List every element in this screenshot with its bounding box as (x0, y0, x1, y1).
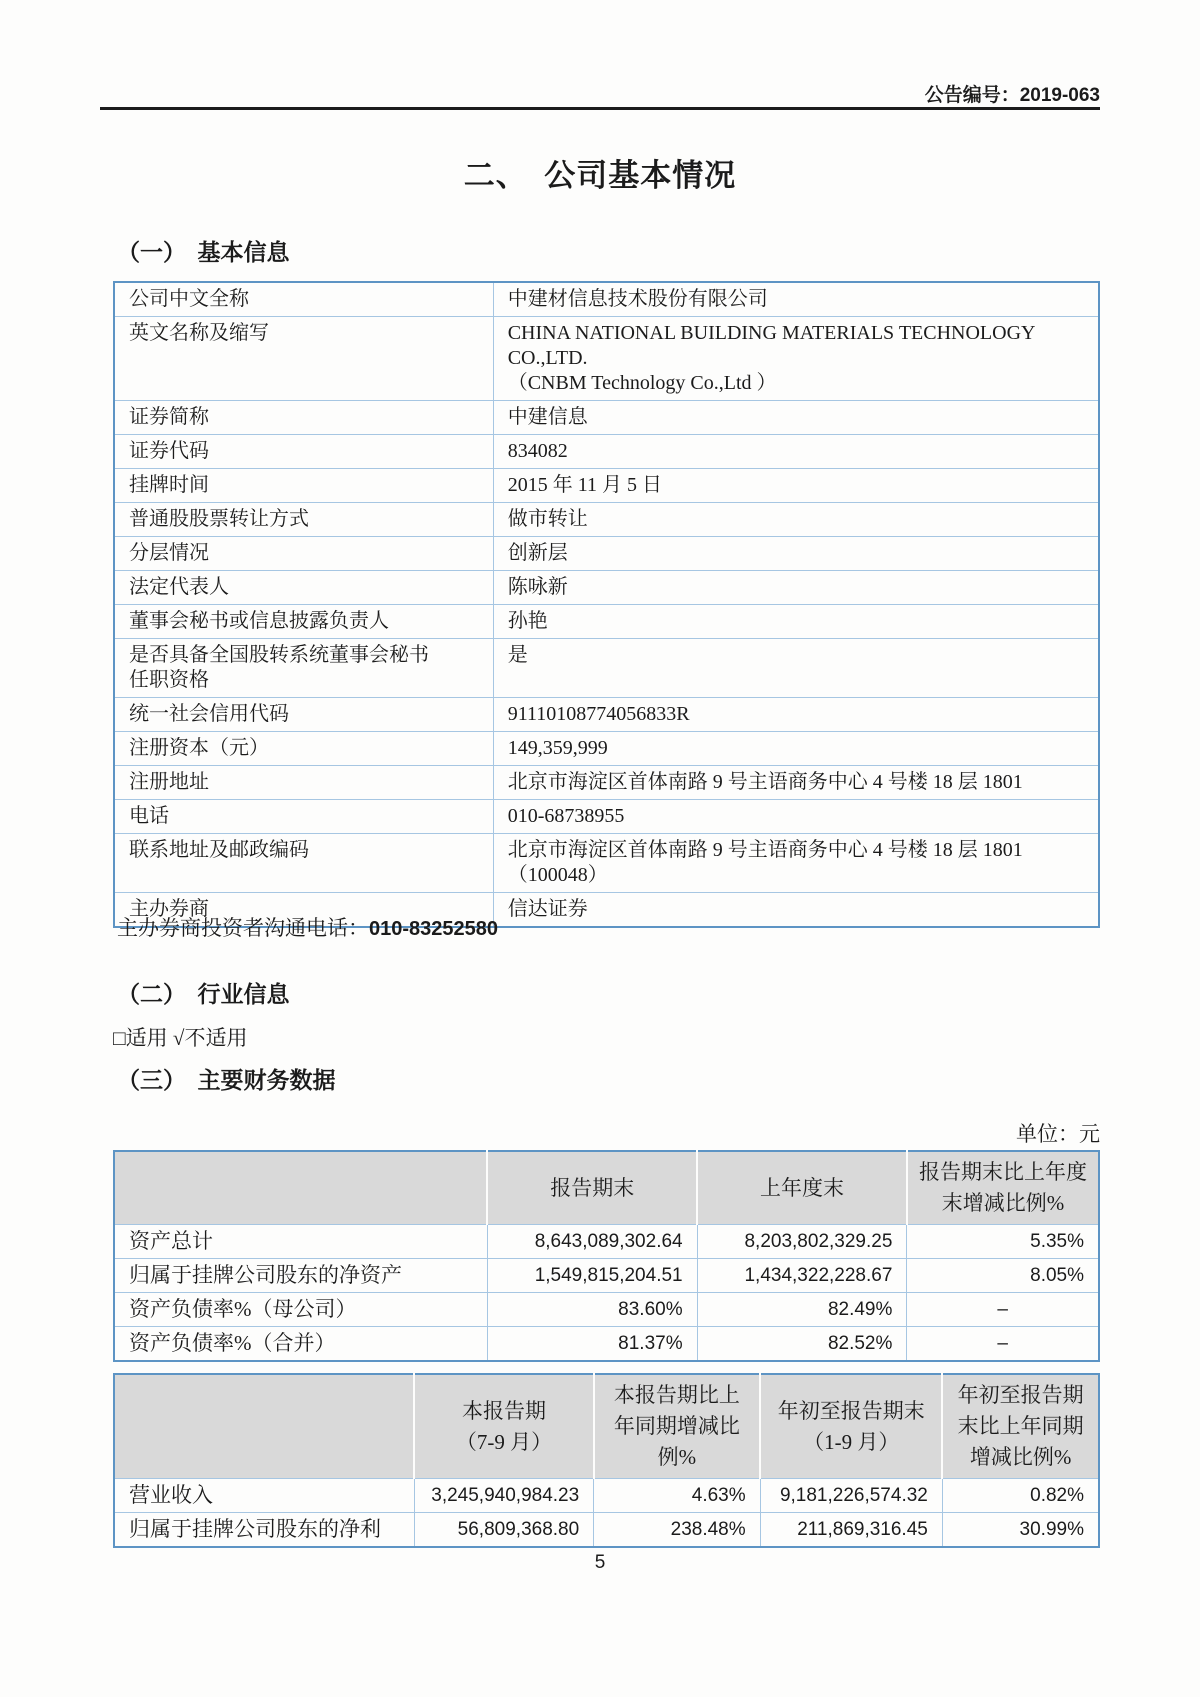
value-cell: 1,549,815,204.51 (487, 1259, 697, 1293)
applicability-note: □适用 √不适用 (113, 1022, 247, 1052)
row-label-cell: 法定代表人 (114, 571, 493, 605)
table-row: 注册资本（元）149,359,999 (114, 732, 1099, 766)
table-row: 资产负债率%（合并）81.37%82.52%– (114, 1327, 1099, 1362)
page-number: 5 (0, 1552, 1200, 1574)
financial-table-period-end: 报告期末上年度末报告期末比上年度 末增减比例%资产总计8,643,089,302… (113, 1150, 1100, 1362)
row-label-cell: 资产负债率%（母公司） (114, 1293, 487, 1327)
value-cell: 30.99% (942, 1513, 1099, 1548)
value-cell: 211,869,316.45 (760, 1513, 942, 1548)
column-header: 本报告期 （7-9 月） (414, 1374, 593, 1479)
document-page: 公告编号：2019-063 二、 公司基本情况 （一） 基本信息 公司中文全称中… (0, 0, 1200, 1697)
table-row: 是否具备全国股转系统董事会秘书 任职资格是 (114, 639, 1099, 698)
announcement-number-value: 2019-063 (1020, 85, 1100, 106)
table-row: 证券简称中建信息 (114, 401, 1099, 435)
value-cell: 中建信息 (493, 401, 1099, 435)
row-label-cell: 公司中文全称 (114, 282, 493, 317)
row-label-cell: 注册资本（元） (114, 732, 493, 766)
value-cell: 8.05% (907, 1259, 1099, 1293)
table-row: 分层情况创新层 (114, 537, 1099, 571)
value-cell: 834082 (493, 435, 1099, 469)
value-cell: 149,359,999 (493, 732, 1099, 766)
row-label-cell: 电话 (114, 800, 493, 834)
row-label-cell: 资产负债率%（合并） (114, 1327, 487, 1362)
basic-info-table: 公司中文全称中建材信息技术股份有限公司英文名称及缩写CHINA NATIONAL… (113, 281, 1100, 928)
broker-phone-number: 010-83252580 (369, 918, 498, 940)
table-row: 归属于挂牌公司股东的净资产1,549,815,204.511,434,322,2… (114, 1259, 1099, 1293)
row-label-cell: 资产总计 (114, 1225, 487, 1259)
broker-phone-label: 主办券商投资者沟通电话： (117, 916, 369, 940)
value-cell: 做市转让 (493, 503, 1099, 537)
value-cell: 8,643,089,302.64 (487, 1225, 697, 1259)
table-row: 统一社会信用代码91110108774056833R (114, 698, 1099, 732)
value-cell: 3,245,940,984.23 (414, 1479, 593, 1513)
row-label-cell: 统一社会信用代码 (114, 698, 493, 732)
row-label-cell: 归属于挂牌公司股东的净利 (114, 1513, 414, 1548)
value-cell: 是 (493, 639, 1099, 698)
table-row: 注册地址北京市海淀区首体南路 9 号主语商务中心 4 号楼 18 层 1801 (114, 766, 1099, 800)
value-cell: 91110108774056833R (493, 698, 1099, 732)
column-header: 报告期末 (487, 1151, 697, 1225)
value-cell: 82.52% (697, 1327, 907, 1362)
table-row: 普通股股票转让方式做市转让 (114, 503, 1099, 537)
section-heading-financial: （三） 主要财务数据 (117, 1062, 336, 1095)
value-cell: 中建材信息技术股份有限公司 (493, 282, 1099, 317)
row-label-cell: 是否具备全国股转系统董事会秘书 任职资格 (114, 639, 493, 698)
column-header: 上年度末 (697, 1151, 907, 1225)
value-cell: 北京市海淀区首体南路 9 号主语商务中心 4 号楼 18 层 1801 （100… (493, 834, 1099, 893)
row-label-cell: 注册地址 (114, 766, 493, 800)
header-rule (100, 107, 1100, 110)
value-cell: 9,181,226,574.32 (760, 1479, 942, 1513)
table-row: 董事会秘书或信息披露负责人孙艳 (114, 605, 1099, 639)
value-cell: 81.37% (487, 1327, 697, 1362)
table-row: 证券代码834082 (114, 435, 1099, 469)
table-row: 资产总计8,643,089,302.648,203,802,329.255.35… (114, 1225, 1099, 1259)
column-header: 年初至报告期末 （1-9 月） (760, 1374, 942, 1479)
value-cell: 陈咏新 (493, 571, 1099, 605)
value-cell: 孙艳 (493, 605, 1099, 639)
section-heading-industry: （二） 行业信息 (117, 976, 290, 1009)
table-row: 法定代表人陈咏新 (114, 571, 1099, 605)
value-cell: 56,809,368.80 (414, 1513, 593, 1548)
row-label-cell: 英文名称及缩写 (114, 317, 493, 401)
table-row: 电话010-68738955 (114, 800, 1099, 834)
value-cell: 0.82% (942, 1479, 1099, 1513)
column-header: 本报告期比上 年同期增减比 例% (594, 1374, 760, 1479)
row-label-cell: 分层情况 (114, 537, 493, 571)
row-label-cell: 归属于挂牌公司股东的净资产 (114, 1259, 487, 1293)
table-row: 公司中文全称中建材信息技术股份有限公司 (114, 282, 1099, 317)
section-heading-basic-info: （一） 基本信息 (117, 234, 290, 267)
value-cell: – (907, 1293, 1099, 1327)
column-header (114, 1374, 414, 1479)
value-cell: CHINA NATIONAL BUILDING MATERIALS TECHNO… (493, 317, 1099, 401)
value-cell: 82.49% (697, 1293, 907, 1327)
value-cell: 2015 年 11 月 5 日 (493, 469, 1099, 503)
column-header (114, 1151, 487, 1225)
row-label-cell: 董事会秘书或信息披露负责人 (114, 605, 493, 639)
value-cell: 83.60% (487, 1293, 697, 1327)
financial-table-reporting-period: 本报告期 （7-9 月）本报告期比上 年同期增减比 例%年初至报告期末 （1-9… (113, 1373, 1100, 1548)
value-cell: 4.63% (594, 1479, 760, 1513)
value-cell: 8,203,802,329.25 (697, 1225, 907, 1259)
announcement-number-label: 公告编号： (925, 85, 1020, 106)
row-label-cell: 证券简称 (114, 401, 493, 435)
table-row: 挂牌时间2015 年 11 月 5 日 (114, 469, 1099, 503)
value-cell: – (907, 1327, 1099, 1362)
value-cell: 北京市海淀区首体南路 9 号主语商务中心 4 号楼 18 层 1801 (493, 766, 1099, 800)
page-title: 二、 公司基本情况 (0, 150, 1200, 195)
row-label-cell: 普通股股票转让方式 (114, 503, 493, 537)
table-row: 营业收入3,245,940,984.234.63%9,181,226,574.3… (114, 1479, 1099, 1513)
table-row: 资产负债率%（母公司）83.60%82.49%– (114, 1293, 1099, 1327)
table-row: 联系地址及邮政编码北京市海淀区首体南路 9 号主语商务中心 4 号楼 18 层 … (114, 834, 1099, 893)
table-row: 英文名称及缩写CHINA NATIONAL BUILDING MATERIALS… (114, 317, 1099, 401)
row-label-cell: 挂牌时间 (114, 469, 493, 503)
value-cell: 010-68738955 (493, 800, 1099, 834)
column-header: 年初至报告期 末比上年同期 增减比例% (942, 1374, 1099, 1479)
column-header: 报告期末比上年度 末增减比例% (907, 1151, 1099, 1225)
value-cell: 1,434,322,228.67 (697, 1259, 907, 1293)
header-row: 报告期末上年度末报告期末比上年度 末增减比例% (114, 1151, 1099, 1225)
broker-phone: 主办券商投资者沟通电话：010-83252580 (117, 912, 498, 942)
value-cell: 信达证券 (493, 893, 1099, 928)
value-cell: 238.48% (594, 1513, 760, 1548)
row-label-cell: 证券代码 (114, 435, 493, 469)
table-row: 归属于挂牌公司股东的净利56,809,368.80238.48%211,869,… (114, 1513, 1099, 1548)
value-cell: 创新层 (493, 537, 1099, 571)
row-label-cell: 联系地址及邮政编码 (114, 834, 493, 893)
unit-note: 单位：元 (1016, 1118, 1100, 1148)
value-cell: 5.35% (907, 1225, 1099, 1259)
row-label-cell: 营业收入 (114, 1479, 414, 1513)
announcement-number: 公告编号：2019-063 (925, 80, 1100, 107)
header-row: 本报告期 （7-9 月）本报告期比上 年同期增减比 例%年初至报告期末 （1-9… (114, 1374, 1099, 1479)
